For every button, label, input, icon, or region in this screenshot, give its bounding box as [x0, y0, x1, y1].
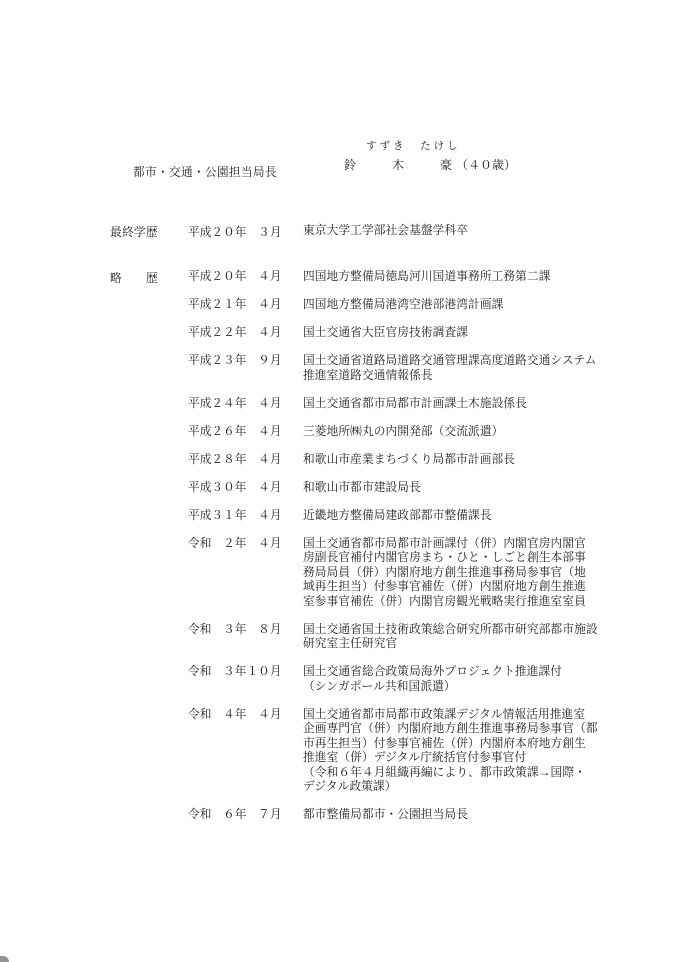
career-entry-date: 令和 ２年 ４月: [188, 537, 303, 610]
career-entry-description: 国土交通省都市局都市政策課デジタル情報活用推進室 企画専門官（併）内閣府地方創生…: [303, 708, 598, 795]
career-entry: 令和 ６年 ７月 都市整備局都市・公園担当局長: [188, 808, 668, 823]
name-age: （４０歳）: [456, 158, 516, 172]
career-entry-description: 和歌山市産業まちづくり局都市計画部長: [303, 453, 515, 468]
career-entry-date: 令和 ４年 ４月: [188, 708, 303, 795]
document-page: 都市・交通・公園担当局長 すずき たけし 鈴 木 豪（４０歳） 最終学歴 平成２…: [0, 0, 680, 962]
career-entry-date: 平成２６年 ４月: [188, 425, 303, 440]
career-entry-date: 平成２０年 ４月: [188, 270, 303, 285]
education-row: 最終学歴 平成２０年 ３月 東京大学工学部社会基盤学科卒: [110, 224, 468, 240]
career-entry-date: 平成３０年 ４月: [188, 481, 303, 496]
career-entry: 平成２０年 ４月 四国地方整備局徳島河川国道事務所工務第二課: [188, 270, 668, 285]
career-entry-date: 平成３１年 ４月: [188, 509, 303, 524]
career-entry-description: 国土交通省大臣官房技術調査課: [303, 326, 468, 341]
career-entry-date: 平成２２年 ４月: [188, 326, 303, 341]
name-block: すずき たけし 鈴 木 豪（４０歳）: [344, 140, 516, 172]
career-entry-date: 平成２３年 ９月: [188, 354, 303, 383]
career-entry-description: 三菱地所㈱丸の内開発部（交流派遣）: [303, 425, 503, 440]
career-entry-description: 都市整備局都市・公園担当局長: [303, 808, 468, 823]
education-description: 東京大学工学部社会基盤学科卒: [303, 224, 468, 240]
career-entry: 令和 ２年 ４月 国土交通省都市局都市計画課付（併）内閣官房内閣官 房副長官補付…: [188, 537, 668, 610]
career-entry-description: 国土交通省総合政策局海外プロジェクト推進課付 （シンガポール共和国派遣）: [303, 665, 562, 694]
career-entry: 令和 ３年 ８月 国土交通省国土技術政策総合研究所都市研究部都市施設 研究室主任…: [188, 623, 668, 652]
career-entry-description: 四国地方整備局徳島河川国道事務所工務第二課: [303, 270, 551, 285]
career-entry-date: 令和 ３年 ８月: [188, 623, 303, 652]
career-entry: 平成２３年 ９月 国土交通省道路局道路交通管理課高度道路交通システム 推進室道路…: [188, 354, 668, 383]
career-entry: 平成２８年 ４月 和歌山市産業まちづくり局都市計画部長: [188, 453, 668, 468]
name-kanji: 鈴 木 豪: [344, 158, 452, 172]
career-entry-date: 平成２８年 ４月: [188, 453, 303, 468]
career-entry-description: 国土交通省都市局都市計画課土木施設係長: [303, 397, 527, 412]
scan-artifact: [0, 956, 9, 962]
career-entry: 令和 ３年１０月 国土交通省総合政策局海外プロジェクト推進課付 （シンガポール共…: [188, 665, 668, 694]
career-entry-description: 四国地方整備局港湾空港部港湾計画課: [303, 298, 503, 313]
career-entry-date: 令和 ６年 ７月: [188, 808, 303, 823]
career-entry: 令和 ４年 ４月 国土交通省都市局都市政策課デジタル情報活用推進室 企画専門官（…: [188, 708, 668, 795]
career-entry: 平成３０年 ４月 和歌山市都市建設局長: [188, 481, 668, 496]
position-title: 都市・交通・公園担当局長: [133, 164, 277, 180]
education-date: 平成２０年 ３月: [188, 224, 303, 240]
career-entry-date: 平成２１年 ４月: [188, 298, 303, 313]
education-label: 最終学歴: [110, 224, 188, 240]
name-furigana: すずき たけし: [366, 140, 516, 153]
career-entry-description: 国土交通省国土技術政策総合研究所都市研究部都市施設 研究室主任研究官: [303, 623, 598, 652]
career-list: 平成２０年 ４月 四国地方整備局徳島河川国道事務所工務第二課 平成２１年 ４月 …: [188, 270, 668, 836]
career-entry: 平成２４年 ４月 国土交通省都市局都市計画課土木施設係長: [188, 397, 668, 412]
career-entry-description: 和歌山市都市建設局長: [303, 481, 421, 496]
career-entry-description: 国土交通省都市局都市計画課付（併）内閣官房内閣官 房副長官補付内閣官房まち・ひと…: [303, 537, 586, 610]
career-entry: 平成２６年 ４月 三菱地所㈱丸の内開発部（交流派遣）: [188, 425, 668, 440]
career-entry-description: 近畿地方整備局建政部都市整備課長: [303, 509, 492, 524]
career-section-label: 略 歴: [110, 270, 158, 286]
career-entry-date: 令和 ３年１０月: [188, 665, 303, 694]
career-entry-description: 国土交通省道路局道路交通管理課高度道路交通システム 推進室道路交通情報係長: [303, 354, 597, 383]
name-line: 鈴 木 豪（４０歳）: [344, 158, 516, 172]
career-entry: 平成２２年 ４月 国土交通省大臣官房技術調査課: [188, 326, 668, 341]
career-entry: 平成３１年 ４月 近畿地方整備局建政部都市整備課長: [188, 509, 668, 524]
career-entry-date: 平成２４年 ４月: [188, 397, 303, 412]
career-entry: 平成２１年 ４月 四国地方整備局港湾空港部港湾計画課: [188, 298, 668, 313]
